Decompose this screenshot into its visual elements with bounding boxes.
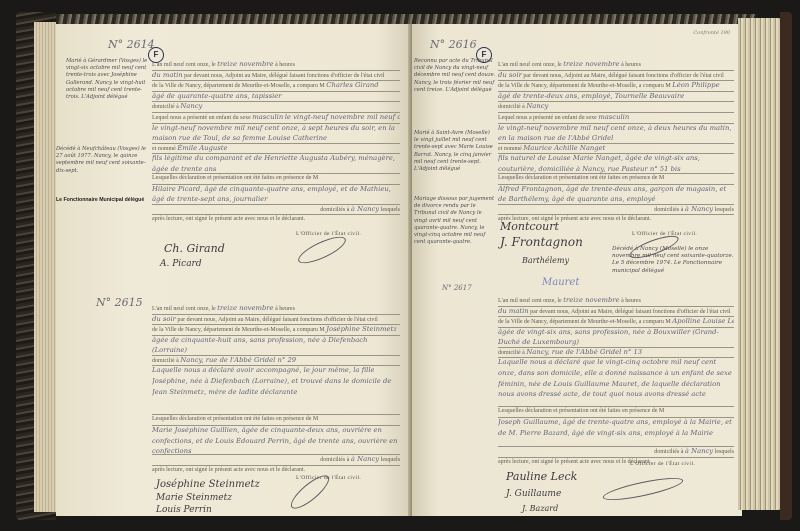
declarant-name: Léon Philippe xyxy=(672,81,719,89)
record-period: du matin xyxy=(152,71,183,79)
child-detail: fils naturel de Louise Marie Nanget, âgé… xyxy=(498,154,700,173)
declarant-name: Charles Girand xyxy=(326,81,378,89)
child-name: Maurice Achille Nanget xyxy=(523,144,605,152)
record-number: N° 2616 xyxy=(430,40,477,50)
signature: Joséphine Steinmetz xyxy=(156,480,260,490)
margin-note-marriage: Marié à Saint-Avre (Moselle) le vingt ju… xyxy=(414,130,496,173)
margin-note-marriage: Marié à Gérardmer (Vosges) le vingt-six … xyxy=(66,58,150,101)
declarant-domicile: Nancy, rue de l'Abbé Gridel n° 13 xyxy=(526,348,642,356)
birth-record-2617: N° 2617 Mauret L'an mil neuf cent onze, … xyxy=(412,286,742,516)
signature: Pauline Leck xyxy=(506,472,577,482)
declarant-detail: âgée de vingt-six ans, sans profession, … xyxy=(498,328,719,347)
record-date: treize novembre xyxy=(563,296,619,304)
margin-official-stamp: Le Fonctionnaire Municipal délégué xyxy=(56,196,144,206)
record-body: L'an mil neuf cent onze, le treize novem… xyxy=(498,296,734,467)
signature: Marie Steinmetz xyxy=(156,494,232,504)
declarant-detail: âgé de quarante-quatre ans, tapissier xyxy=(152,92,282,100)
record-number: N° 2615 xyxy=(96,298,143,308)
declarant-domicile: Nancy xyxy=(180,102,202,110)
birth-details: le vingt-neuf novembre mil neuf cent onz… xyxy=(498,124,732,143)
witnesses: Hilaire Picard, âgé de cinquante-quatre … xyxy=(152,185,391,204)
signature: J. Bazard xyxy=(522,504,558,514)
declarant-name: Apolline Louise Leck xyxy=(672,317,734,325)
child-detail: fils légitime du comparant et de Henriet… xyxy=(152,154,395,173)
record-number: N° 2617 xyxy=(442,284,472,294)
signature: A. Picard xyxy=(160,260,202,270)
birth-record-2615: N° 2615 L'an mil neuf cent onze, le trei… xyxy=(56,284,412,516)
declarant-detail: âgé de trente-deux ans, employé, Tournel… xyxy=(498,92,684,100)
child-name: Émile Auguste xyxy=(177,144,227,152)
declaration-text: Laquelle nous a déclaré que le vingt-cin… xyxy=(498,358,732,398)
witnesses: Alfred Frontagnon, âgé de trente-deux an… xyxy=(498,185,726,204)
book-cover-right xyxy=(780,12,792,520)
signature: Barthélemy xyxy=(522,256,569,266)
margin-name-stamp: Mauret xyxy=(542,278,579,288)
margin-note-death: Décédé à Neufchâteau (Vosges) le 27 août… xyxy=(56,146,148,175)
left-page: N° 2614 F Marié à Gérardmer (Vosges) le … xyxy=(56,24,412,516)
record-date: treize novembre xyxy=(217,60,273,68)
record-body: L'an mil neuf cent onze, le treize novem… xyxy=(152,60,400,225)
witnesses: Marie Joséphine Guillien, âgée de cinqua… xyxy=(152,426,398,455)
record-body: L'an mil neuf cent onze, le treize novem… xyxy=(498,60,734,225)
margin-note-recognition: Reconnu par acte du Tribunal civil de Na… xyxy=(414,58,496,94)
witnesses: Joseph Guillaume, âgé de trente-quatre a… xyxy=(498,418,732,437)
signature: J. Frontagnon xyxy=(500,238,583,248)
declarant-detail: âgée de cinquante-huit ans, sans profess… xyxy=(152,336,367,355)
signature: Montcourt xyxy=(500,222,559,232)
record-date: treize novembre xyxy=(563,60,619,68)
signature: J. Guillaume xyxy=(506,490,561,500)
page-edges-right xyxy=(738,18,784,510)
officer-signature-flourish xyxy=(601,474,684,505)
record-number: N° 2614 xyxy=(108,40,155,50)
officer-label: L'Officier de l'État civil. xyxy=(630,460,695,470)
declarant-domicile: Nancy xyxy=(526,102,548,110)
registry-book: N° 2614 F Marié à Gérardmer (Vosges) le … xyxy=(16,12,792,522)
birth-details: le vingt-neuf novembre mil neuf cent onz… xyxy=(152,124,395,143)
margin-note-divorce: Mariage dissous par jugement de divorce … xyxy=(414,196,496,246)
signature: Louis Perrin xyxy=(156,506,212,516)
record-body: L'an mil neuf cent onze, le treize novem… xyxy=(152,304,400,475)
declarant-domicile: Nancy, rue de l'Abbé Gridel n° 29 xyxy=(180,356,296,364)
right-page: Confronté 190 N° 2616 F Reconnu par acte… xyxy=(412,24,742,516)
birth-record-2616: N° 2616 F Reconnu par acte du Tribunal c… xyxy=(412,24,742,284)
declaration-text: Laquelle nous a déclaré avoir accompagné… xyxy=(152,366,391,395)
record-date: treize novembre xyxy=(217,304,273,312)
birth-record-2614: N° 2614 F Marié à Gérardmer (Vosges) le … xyxy=(56,24,412,274)
declarant-name: Joséphine Steinmetz xyxy=(326,325,397,333)
signature: Ch. Girand xyxy=(164,244,225,254)
